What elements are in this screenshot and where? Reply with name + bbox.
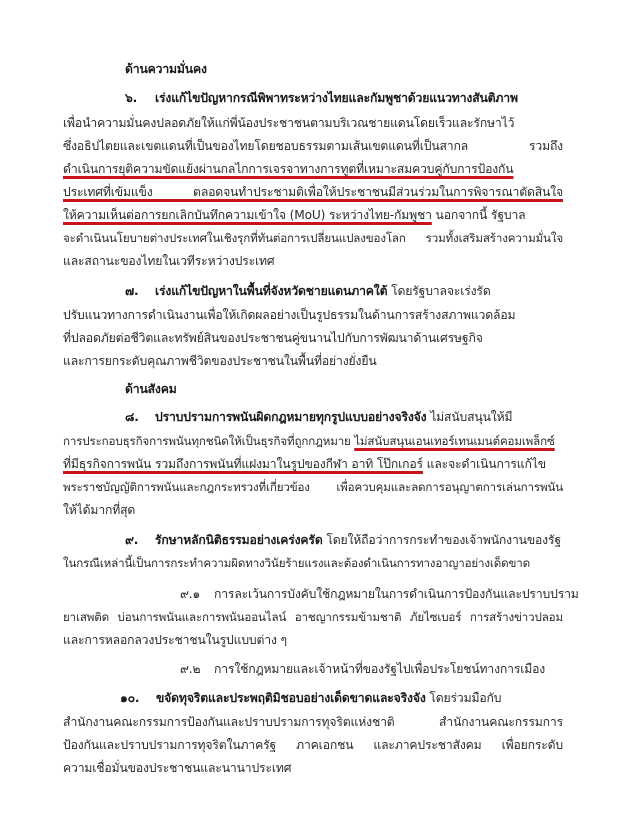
item-8-line-3: พระราชบัญญัติการพนันและกฎกระทรวงที่เกี่ย… <box>63 478 563 496</box>
item-title-suffix: โดยรัฐบาลจะเร่งรัด <box>387 284 490 298</box>
item-9-1: ๙.๑การละเว้นการบังคับใช้กฎหมายในการดำเนิ… <box>180 585 563 603</box>
item-6-line-5-rest: นอกจากนี้ รัฐบาล <box>432 208 526 222</box>
item-7-line-2: ที่ปลอดภัยต่อชีวิตและทรัพย์สินของประชาชน… <box>63 329 563 347</box>
item-6-line-1: เพื่อนำความมั่นคงปลอดภัยให้แก่พี่น้องประ… <box>63 114 563 132</box>
item-number: ๖. <box>125 89 155 107</box>
subitem-number: ๙.๑ <box>180 585 214 603</box>
item-8-title: ๘.ปราบปรามการพนันผิดกฎหมายทุกรูปแบบอย่าง… <box>125 408 563 426</box>
item-8-line-2-rest: และจะดำเนินการแก้ไข <box>423 457 546 471</box>
item-8-line-1: การประกอบธุรกิจการพนันทุกชนิดให้เป็นธุรก… <box>63 432 563 450</box>
item-title: ปราบปรามการพนันผิดกฎหมายทุกรูปแบบอย่างจร… <box>155 410 426 424</box>
item-title-suffix: โดยให้ถือว่าการกระทำของเจ้าพนักงานของรัฐ <box>323 533 561 547</box>
item-9-1-line-2: และการหลอกลวงประชาชนในรูปแบบต่าง ๆ <box>63 631 463 649</box>
item-6-line-5: ให้ความเห็นต่อการยกเลิกบันทึกความเข้าใจ … <box>63 206 563 224</box>
item-8-line-2: ที่มีธุรกิจการพนัน รวมถึงการพนันที่แฝงมา… <box>63 455 563 473</box>
item-title: เร่งแก้ไขปัญหากรณีพิพาทระหว่างไทยและกัมพ… <box>155 91 518 105</box>
subitem-number: ๙.๒ <box>180 660 214 678</box>
subitem-text: การละเว้นการบังคับใช้กฎหมายในการดำเนินกา… <box>214 587 579 601</box>
item-6-mou-underlined: ให้ความเห็นต่อการยกเลิกบันทึกความเข้าใจ … <box>63 208 432 222</box>
item-8-line-1-text: การประกอบธุรกิจการพนันทุกชนิดให้เป็นธุรก… <box>63 434 354 448</box>
section-heading-security: ด้านความมั่นคง <box>125 60 525 78</box>
item-10-line-3: ความเชื่อมั่นของประชาชนและนานาประเทศ <box>63 759 463 777</box>
item-6-line-7: และสถานะของไทยในเวทีระหว่างประเทศ <box>63 252 463 270</box>
item-9-1-line-1: ยาเสพติด บ่อนการพนันและการพนันออนไลน์ อา… <box>63 608 563 626</box>
section-heading-text: ด้านความมั่นคง <box>125 62 207 76</box>
item-title: รักษาหลักนิติธรรมอย่างเคร่งครัด <box>155 533 323 547</box>
item-6-title: ๖.เร่งแก้ไขปัญหากรณีพิพาทระหว่างไทยและกั… <box>125 89 525 107</box>
item-number: ๗. <box>125 282 155 300</box>
document-page: ด้านความมั่นคง ๖.เร่งแก้ไขปัญหากรณีพิพาท… <box>0 0 626 814</box>
item-title: ขจัดทุจริตและประพฤติมิชอบอย่างเด็ดขาดและ… <box>156 691 426 705</box>
item-10-line-1: สำนักงานคณะกรรมการป้องกันและปราบปรามการท… <box>63 713 563 731</box>
item-title-suffix: โดยร่วมมือกับ <box>426 691 502 705</box>
item-9-title: ๙.รักษาหลักนิติธรรมอย่างเคร่งครัด โดยให้… <box>125 531 563 549</box>
section-heading-social: ด้านสังคม <box>125 380 525 398</box>
item-6-line-2: ซึ่งอธิปไตยและเขตแดนที่เป็นของไทยโดยชอบธ… <box>63 137 563 155</box>
item-number: ๘. <box>125 408 155 426</box>
item-9-2: ๙.๒การใช้กฎหมายและเจ้าหน้าที่ของรัฐไปเพื… <box>180 660 563 678</box>
item-6-line-6: จะดำเนินนโยบายต่างประเทศในเชิงรุกที่ทันต… <box>63 229 563 247</box>
item-number: ๙. <box>125 531 155 549</box>
item-8-line-4: ให้ได้มากที่สุด <box>63 501 463 519</box>
item-6-line-3-underlined: ดำเนินการยุติความขัดแย้งผ่านกลไกการเจรจา… <box>63 160 563 178</box>
item-10-line-2: ป้องกันและปราบปรามการทุจริตในภาครัฐ ภาคเ… <box>63 736 563 754</box>
item-10-title: ๑๐.ขจัดทุจริตและประพฤติมิชอบอย่างเด็ดขาด… <box>120 689 563 707</box>
subitem-text: การใช้กฎหมายและเจ้าหน้าที่ของรัฐไปเพื่อป… <box>214 662 545 676</box>
item-title: เร่งแก้ไขปัญหาในพื้นที่จังหวัดชายแดนภาคใ… <box>155 284 387 298</box>
item-title-suffix: ไม่สนับสนุนให้มี <box>426 410 512 424</box>
item-7-line-1: ปรับแนวทางการดำเนินงานเพื่อให้เกิดผลอย่า… <box>63 306 563 324</box>
item-9-line-1: ในกรณีเหล่านี้เป็นการกระทำความผิดทางวินั… <box>63 554 563 572</box>
item-number: ๑๐. <box>120 689 156 707</box>
item-8-entertainment-complex-underlined: ไม่สนับสนุนเอนเทอร์เทนเมนต์คอมเพล็กซ์ <box>354 434 554 448</box>
item-8-poker-underlined: ที่มีธุรกิจการพนัน รวมถึงการพนันที่แฝงมา… <box>63 457 423 471</box>
item-7-line-3: และการยกระดับคุณภาพชีวิตของประชาชนในพื้น… <box>63 352 463 370</box>
item-6-line-4-underlined: ประเทศที่เข้มแข็ง ตลอดจนทำประชามติเพื่อใ… <box>63 183 563 201</box>
item-7-title: ๗.เร่งแก้ไขปัญหาในพื้นที่จังหวัดชายแดนภา… <box>125 282 563 300</box>
